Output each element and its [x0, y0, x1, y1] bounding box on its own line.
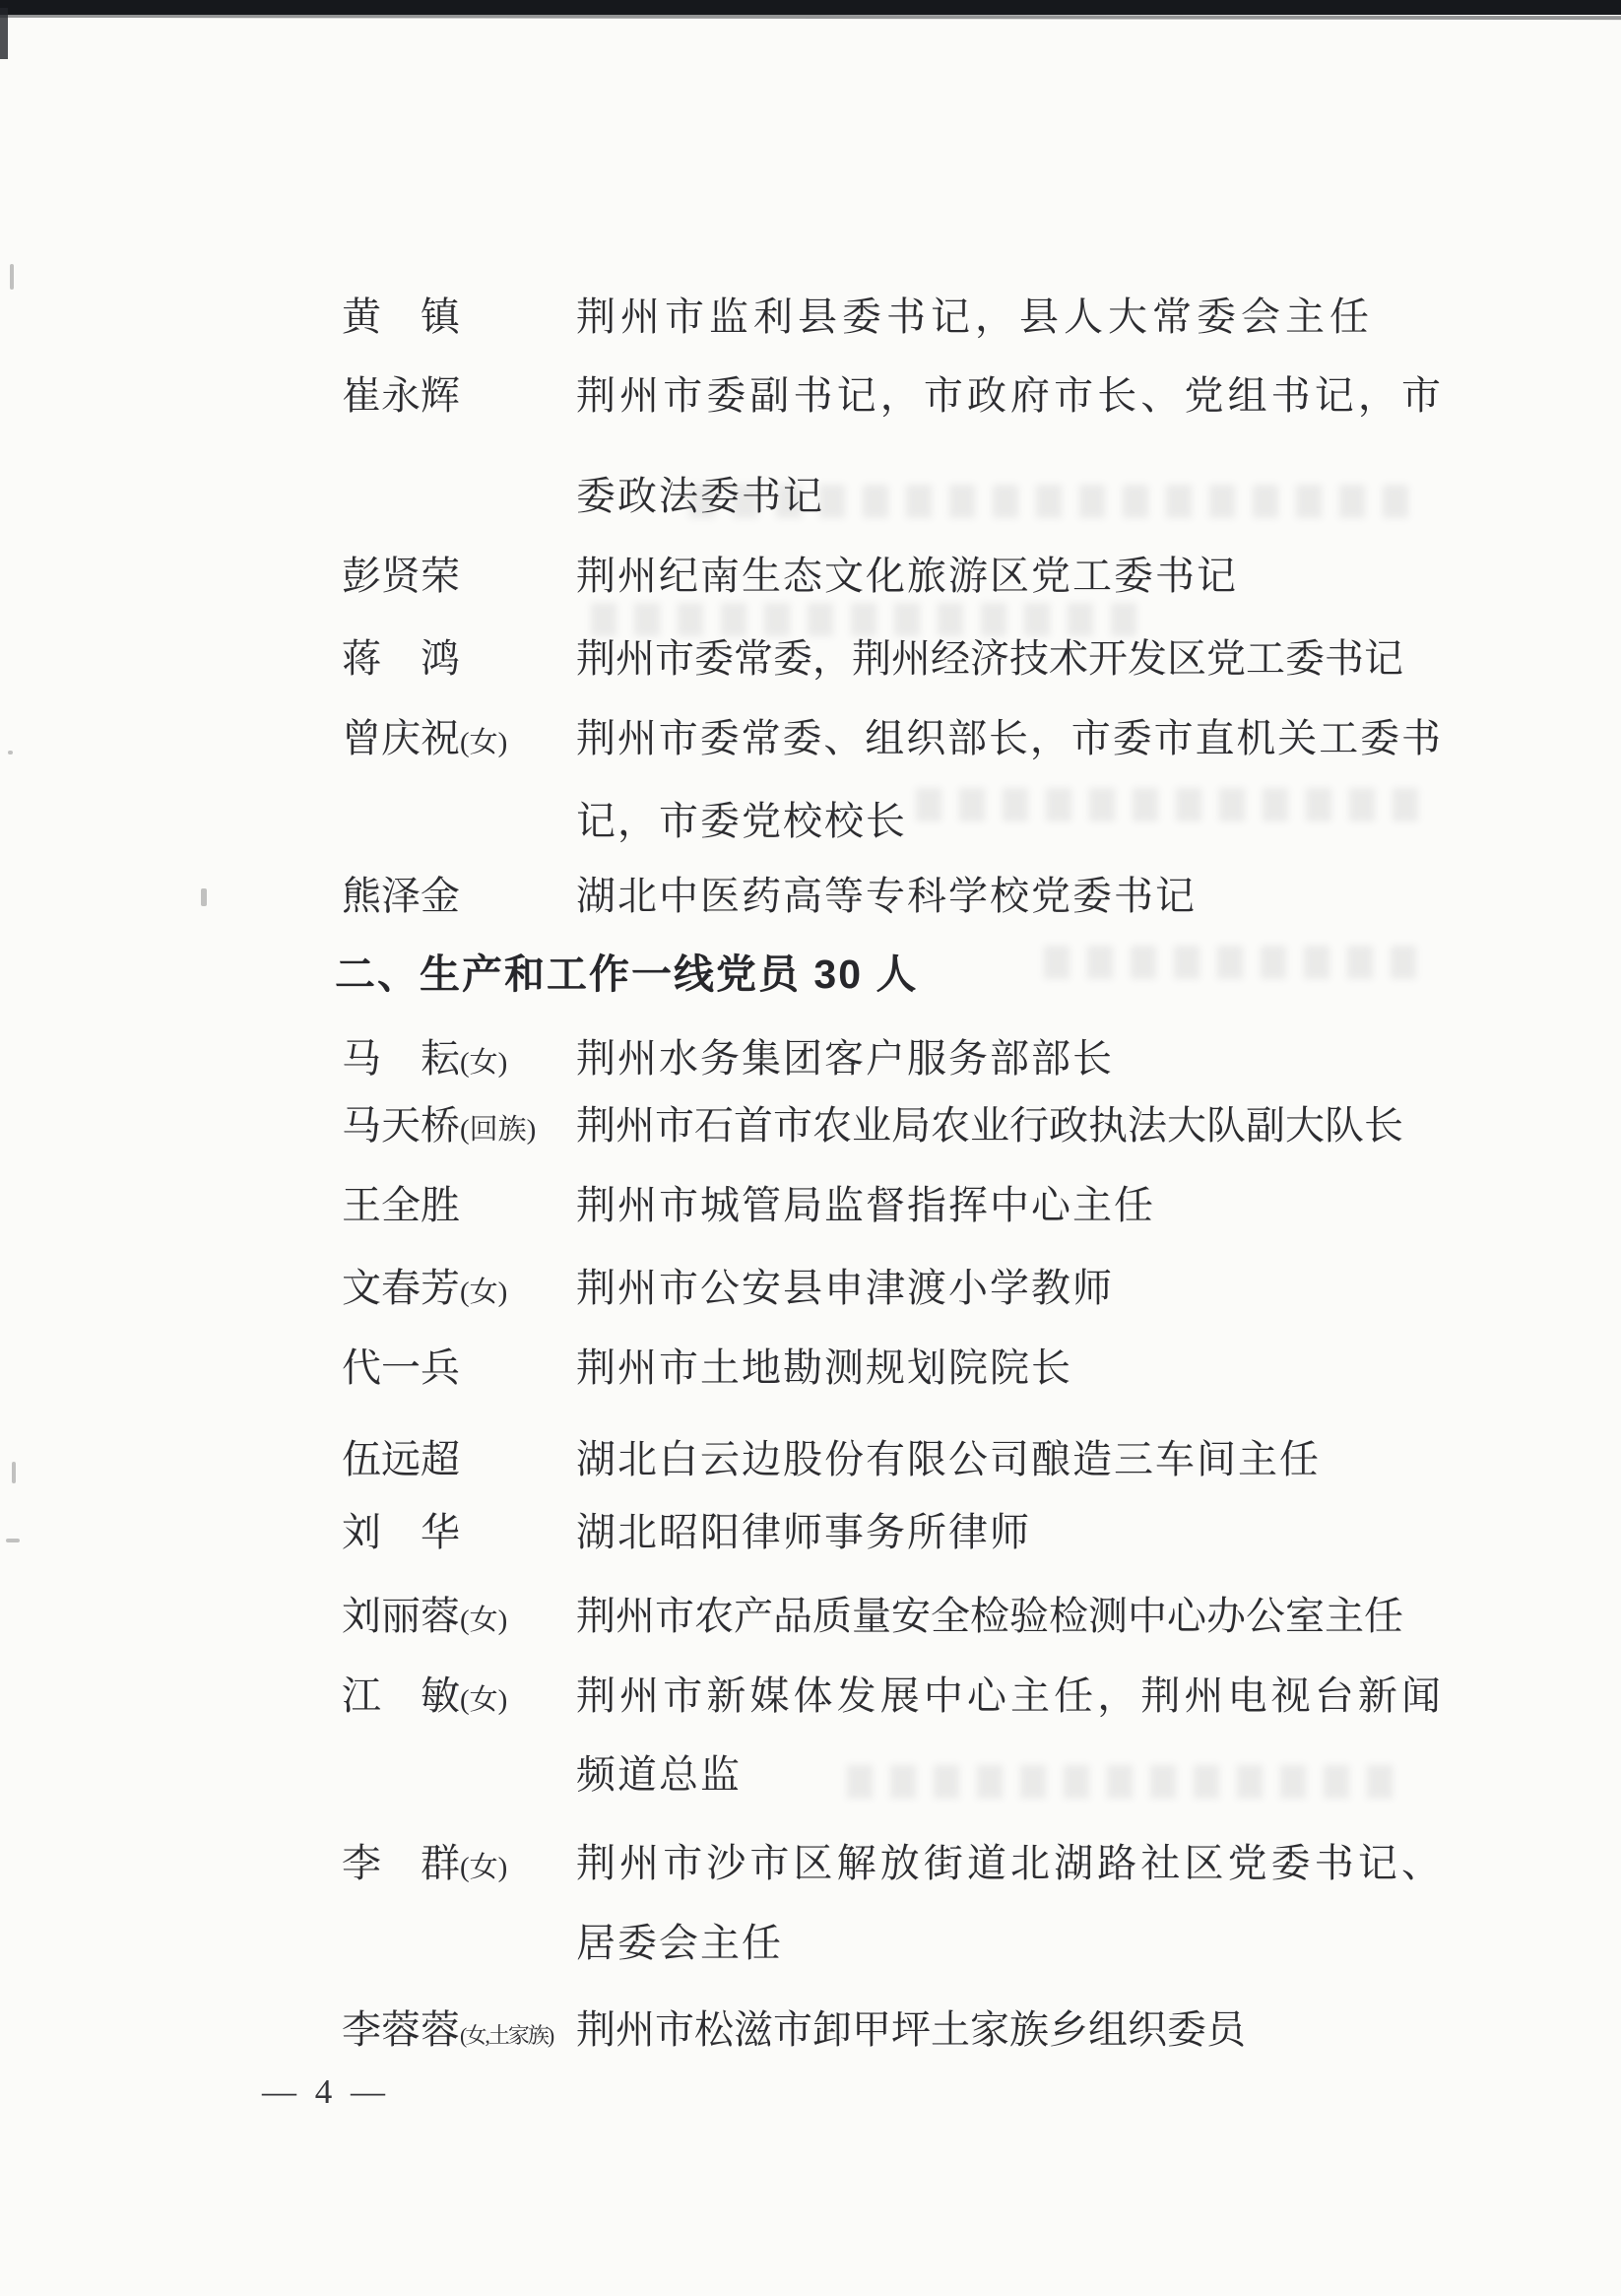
member-name-cell: 文春芳(女) — [342, 1267, 576, 1314]
member-name-cell: 伍远超 — [342, 1438, 576, 1481]
list-row: 黄 镇 荆州市监利县委书记，县人大常委会主任 — [342, 295, 1374, 339]
member-annotation: (女) — [460, 1599, 507, 1642]
member-annotation: (女) — [460, 1846, 507, 1889]
member-name: 李 群 — [342, 1842, 460, 1885]
member-annotation: (女,土家族) — [460, 2014, 552, 2058]
list-row: 伍远超 湖北白云边股份有限公司酿造三车间主任 — [342, 1438, 1321, 1481]
member-name-cell: 马 耘(女) — [342, 1037, 576, 1084]
member-position: 荆州市新媒体发展中心主任，荆州电视台新闻 — [576, 1674, 1441, 1718]
list-row: 刘丽蓉(女) 荆州市农产品质量安全检验检测中心办公室主任 — [342, 1595, 1403, 1642]
member-name: 彭贤荣 — [342, 555, 460, 598]
member-position: 荆州市农产品质量安全检验检测中心办公室主任 — [576, 1595, 1403, 1638]
member-annotation: (女) — [460, 1678, 507, 1722]
scan-speck — [201, 888, 207, 906]
list-row: 文春芳(女) 荆州市公安县申津渡小学教师 — [342, 1267, 1114, 1314]
section-heading: 二、生产和工作一线党员 30 人 — [335, 942, 918, 1000]
member-name: 刘 华 — [342, 1511, 460, 1554]
member-name-cell: 曾庆祝(女) — [342, 717, 576, 764]
member-position: 荆州市委常委、组织部长，市委市直机关工委书 — [576, 717, 1441, 760]
bleed-through-smudge — [847, 1765, 1398, 1799]
member-name-cell: 蒋 鸿 — [342, 637, 576, 681]
member-annotation: (女) — [460, 721, 507, 764]
member-position: 频道总监 — [576, 1753, 742, 1797]
member-name-cell: 熊泽金 — [342, 875, 576, 918]
member-name: 刘丽蓉 — [342, 1595, 460, 1638]
member-name-cell: 彭贤荣 — [342, 555, 576, 598]
list-row-continuation: 频道总监 — [342, 1753, 742, 1797]
bleed-through-smudge — [591, 603, 1142, 636]
member-name-cell: 王全胜 — [342, 1184, 576, 1227]
member-position: 居委会主任 — [576, 1922, 783, 1965]
member-position: 荆州市公安县申津渡小学教师 — [576, 1267, 1114, 1310]
list-row: 马 耘(女) 荆州水务集团客户服务部部长 — [342, 1037, 1114, 1084]
member-name-cell: 刘 华 — [342, 1511, 576, 1554]
list-row-continuation: 记，市委党校校长 — [342, 800, 907, 843]
list-row: 蒋 鸿 荆州市委常委，荆州经济技术开发区党工委书记 — [342, 637, 1403, 681]
list-row: 崔永辉 荆州市委副书记，市政府市长、党组书记，市 — [342, 374, 1441, 418]
member-name: 马天桥 — [342, 1104, 460, 1148]
member-name: 曾庆祝 — [342, 717, 460, 760]
member-name: 李蓉蓉 — [342, 2008, 460, 2052]
member-position: 湖北白云边股份有限公司酿造三车间主任 — [576, 1438, 1321, 1481]
member-position: 荆州市监利县委书记，县人大常委会主任 — [576, 295, 1374, 339]
member-annotation: (回族) — [460, 1108, 536, 1151]
list-row: 彭贤荣 荆州纪南生态文化旅游区党工委书记 — [342, 555, 1238, 598]
scanned-document-page: { "section_heading": "二、生产和工作一线党员 30 人",… — [0, 0, 1621, 2296]
member-name-cell: 代一兵 — [342, 1346, 576, 1390]
member-name-cell: 黄 镇 — [342, 295, 576, 339]
member-position: 荆州市城管局监督指挥中心主任 — [576, 1184, 1155, 1227]
list-row: 曾庆祝(女) 荆州市委常委、组织部长，市委市直机关工委书 — [342, 717, 1441, 764]
member-name: 熊泽金 — [342, 875, 460, 918]
member-position: 荆州市石首市农业局农业行政执法大队副大队长 — [576, 1104, 1403, 1148]
member-position: 荆州市委副书记，市政府市长、党组书记，市 — [576, 374, 1441, 418]
member-name-cell: 李蓉蓉(女,土家族) — [342, 2008, 576, 2058]
member-position: 湖北昭阳律师事务所律师 — [576, 1511, 1031, 1554]
list-row: 刘 华 湖北昭阳律师事务所律师 — [342, 1511, 1031, 1554]
list-row-continuation: 委政法委书记 — [342, 475, 824, 518]
member-name: 文春芳 — [342, 1267, 460, 1310]
member-name-cell: 马天桥(回族) — [342, 1104, 576, 1151]
member-annotation: (女) — [460, 1271, 507, 1314]
bleed-through-smudge — [1044, 946, 1428, 979]
list-row: 马天桥(回族) 荆州市石首市农业局农业行政执法大队副大队长 — [342, 1104, 1403, 1151]
scan-left-corner-mark — [0, 8, 8, 59]
list-row-continuation: 居委会主任 — [342, 1922, 783, 1965]
member-name: 代一兵 — [342, 1346, 460, 1390]
list-row: 李 群(女) 荆州市沙市区解放街道北湖路社区党委书记、 — [342, 1842, 1441, 1889]
member-position: 荆州水务集团客户服务部部长 — [576, 1037, 1114, 1081]
member-name: 黄 镇 — [342, 295, 460, 339]
member-name: 伍远超 — [342, 1438, 460, 1481]
scan-top-bar — [0, 0, 1621, 15]
scan-speck — [8, 751, 13, 754]
member-position: 荆州市委常委，荆州经济技术开发区党工委书记 — [576, 637, 1403, 681]
list-row: 江 敏(女) 荆州市新媒体发展中心主任，荆州电视台新闻 — [342, 1674, 1441, 1722]
bleed-through-smudge — [916, 788, 1418, 821]
member-position: 荆州市土地勘测规划院院长 — [576, 1346, 1072, 1390]
member-name: 马 耘 — [342, 1037, 460, 1081]
member-name-cell: 崔永辉 — [342, 374, 576, 418]
scan-speck — [6, 1539, 20, 1542]
scan-speck — [12, 1462, 16, 1483]
member-name-cell: 江 敏(女) — [342, 1674, 576, 1722]
scan-speck — [10, 264, 14, 290]
list-row: 王全胜 荆州市城管局监督指挥中心主任 — [342, 1184, 1155, 1227]
member-name: 蒋 鸿 — [342, 637, 460, 681]
member-position: 荆州市沙市区解放街道北湖路社区党委书记、 — [576, 1842, 1441, 1885]
list-row: 代一兵 荆州市土地勘测规划院院长 — [342, 1346, 1072, 1390]
member-name: 江 敏 — [342, 1674, 460, 1718]
member-name-cell: 李 群(女) — [342, 1842, 576, 1889]
member-position: 荆州纪南生态文化旅游区党工委书记 — [576, 555, 1238, 598]
member-annotation: (女) — [460, 1041, 507, 1084]
member-position: 荆州市松滋市卸甲坪土家族乡组织委员 — [576, 2008, 1246, 2052]
member-name: 崔永辉 — [342, 374, 460, 418]
member-position: 记，市委党校校长 — [576, 800, 907, 843]
list-row: 李蓉蓉(女,土家族) 荆州市松滋市卸甲坪土家族乡组织委员 — [342, 2008, 1246, 2058]
member-name: 王全胜 — [342, 1184, 460, 1227]
list-row: 熊泽金 湖北中医药高等专科学校党委书记 — [342, 875, 1197, 918]
member-position: 湖北中医药高等专科学校党委书记 — [576, 875, 1197, 918]
member-position: 委政法委书记 — [576, 475, 824, 518]
page-number: — 4 — — [262, 2072, 390, 2112]
member-name-cell: 刘丽蓉(女) — [342, 1595, 576, 1642]
